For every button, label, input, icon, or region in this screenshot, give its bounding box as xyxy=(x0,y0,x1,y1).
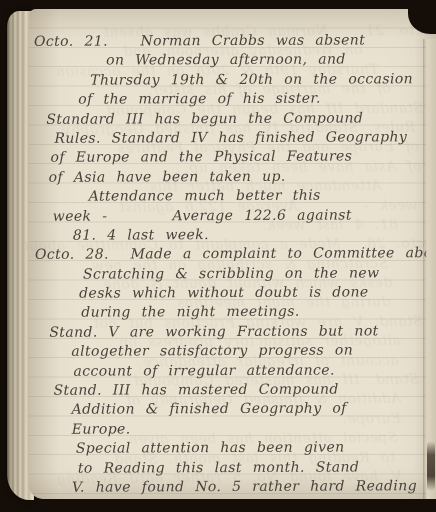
journal-line: Europe. xyxy=(36,419,433,440)
journal-line: Special attention has been given xyxy=(36,438,433,459)
journal-line: on Wednesday afternoon, and xyxy=(34,51,431,72)
journal-line: Rules. Standard IV has finished Geograph… xyxy=(34,128,431,149)
journal-line: Attendance much better this xyxy=(35,186,432,207)
journal-line: of Europe and the Physical Features xyxy=(34,147,431,168)
journal-line: Octo. 28. Made a complaint to Committee … xyxy=(35,244,432,265)
journal-line: during the night meetings. xyxy=(35,303,432,324)
journal-line: Octo. 21. Norman Crabbs was absent xyxy=(34,31,431,52)
journal-line: Scratching & scribbling on the new xyxy=(35,264,432,285)
journal-line: 81. 4 last week. xyxy=(35,225,432,246)
journal-line: Stand. V are working Fractions but not xyxy=(35,322,432,343)
journal-line: V. have found No. 5 rather hard Reading xyxy=(36,477,433,498)
journal-line: Addition & finished Geography of xyxy=(36,400,433,421)
page-fore-edge-right xyxy=(423,39,436,499)
ink-smudge xyxy=(427,441,435,491)
journal-page: Octo. 21. Norman Crabbs was absenton Wed… xyxy=(29,9,436,499)
journal-line: Standard III has begun the Compound xyxy=(34,109,431,130)
journal-line: to Reading this last month. Stand xyxy=(36,458,433,479)
journal-line: desks which without doubt is done xyxy=(35,283,432,304)
journal-line: Thursday 19th & 20th on the occasion xyxy=(34,70,431,91)
journal-line: of the marriage of his sister. xyxy=(34,89,431,110)
handwriting-lines: Octo. 21. Norman Crabbs was absenton Wed… xyxy=(34,31,433,498)
journal-line: account of irregular attendance. xyxy=(35,361,432,382)
journal-line: week - Average 122.6 against xyxy=(35,206,432,227)
journal-line: altogether satisfactory progress on xyxy=(35,341,432,362)
notebook-photo: Octo. 21. Norman Crabbs was absenton Wed… xyxy=(0,0,436,512)
journal-line: Stand. III has mastered Compound xyxy=(36,380,433,401)
journal-line: of Asia have been taken up. xyxy=(35,167,432,188)
